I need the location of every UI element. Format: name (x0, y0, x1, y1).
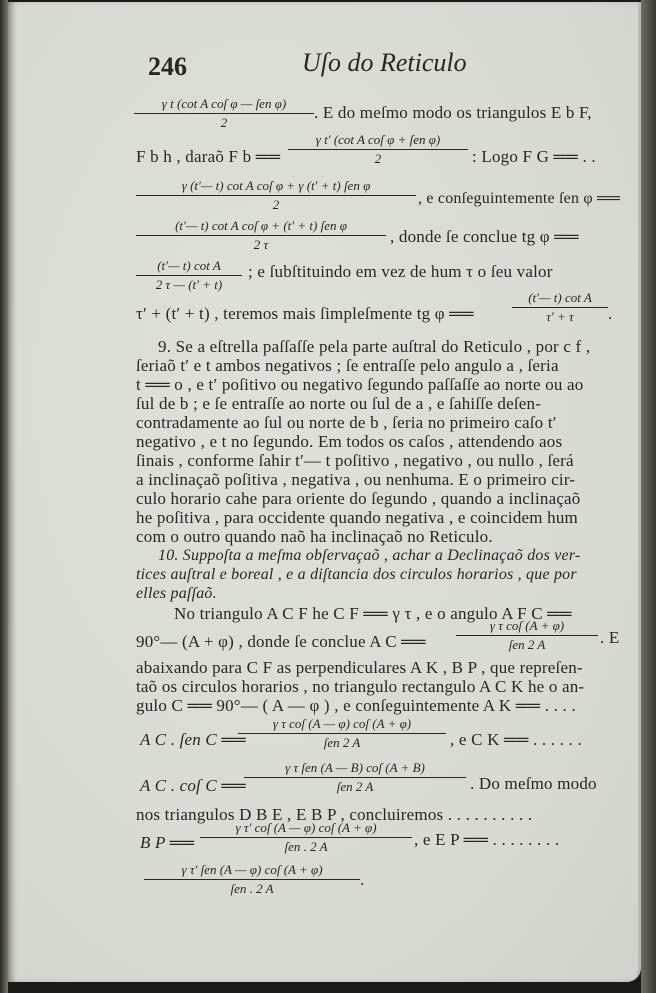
text-line: 90°— (A + φ) , donde ſe conclue A C ══ (136, 632, 426, 652)
paragraph-9-line: negativo , e t no ſegundo. Em todos os c… (136, 432, 562, 452)
text-line: B P ══ (140, 833, 194, 853)
formula-fraction: (t′— t) cot A τ′ + τ (512, 290, 608, 325)
text-line: A C . coſ C ══ (140, 776, 246, 796)
book-page-stack-edge (641, 0, 656, 993)
fraction-denominator: 2 (136, 197, 416, 213)
text-line: , e E P ══ . . . . . . . . (414, 830, 559, 850)
fraction-bar (136, 235, 386, 236)
fraction-bar (288, 149, 468, 150)
paragraph-9-line: ſul de b ; e ſe entraſſe ao norte ou ſul… (136, 394, 541, 414)
text-line: , donde ſe conclue tg φ ══ (390, 227, 579, 247)
paragraph-9-line: a inclinaçaõ poſitiva , negativa , ou ne… (136, 470, 575, 490)
fraction-numerator: γ τ coſ (A — φ) coſ (A + φ) (238, 716, 446, 732)
fraction-numerator: (t′— t) cot A (136, 258, 242, 274)
text-line: abaixando para C F as perpendiculares A … (136, 658, 583, 678)
text-line: . E (600, 628, 619, 648)
formula-fraction: γ t (cot A coſ φ — ſen φ) 2 (134, 96, 314, 131)
paragraph-9-line: contradamente ao ſul ou norte de b , ſer… (136, 413, 557, 433)
text-line: , e C K ══ . . . . . . (450, 730, 582, 750)
fraction-denominator: ſen 2 A (456, 637, 598, 653)
fraction-bar (456, 635, 598, 636)
fraction-denominator: ſen . 2 A (144, 881, 360, 897)
formula-fraction: (t′— t) cot A coſ φ + (t′ + t) ſen φ 2 τ (136, 218, 386, 253)
fraction-numerator: γ τ′ ſen (A — φ) coſ (A + φ) (144, 862, 360, 878)
fraction-bar (144, 879, 360, 880)
fraction-denominator: 2 (288, 151, 468, 167)
paragraph-10-heading-line: 10. Suppoſta a meſma obſervaçaõ , achar … (158, 547, 580, 565)
formula-fraction: γ τ′ coſ (A — φ) coſ (A + φ) ſen . 2 A (200, 820, 412, 855)
fraction-bar (200, 837, 412, 838)
fraction-numerator: γ τ coſ (A + φ) (456, 618, 598, 634)
text-line: . E do meſmo modo os triangulos E b F, (314, 103, 592, 123)
text-line: : Logo F G ══ . . (472, 147, 596, 167)
paragraph-9-line: com o outro quando naõ ha inclinaçaõ no … (136, 527, 493, 547)
formula-fraction: γ (t′— t) cot A coſ φ + γ (t′ + t) ſen φ… (136, 178, 416, 213)
fraction-denominator: 2 τ — (t′ + t) (136, 277, 242, 293)
fraction-numerator: γ τ′ coſ (A — φ) coſ (A + φ) (200, 820, 412, 836)
fraction-numerator: γ (t′— t) cot A coſ φ + γ (t′ + t) ſen φ (136, 178, 416, 194)
text-line: gulo C ══ 90°— ( A — φ ) , e conſeguinte… (136, 696, 576, 716)
paragraph-9-line: 9. Se a eſtrella paſſaſſe pela parte auſ… (158, 337, 590, 357)
text-line: , e conſeguintemente ſen φ ══ (418, 190, 620, 208)
paragraph-9-line: culo horario cahe para oriente do ſegund… (136, 489, 581, 509)
fraction-denominator: ſen . 2 A (200, 839, 412, 855)
page-number: 246 (148, 52, 187, 82)
formula-fraction: γ τ coſ (A — φ) coſ (A + φ) ſen 2 A (238, 716, 446, 751)
fraction-numerator: γ t′ (cot A coſ φ + ſen φ) (288, 132, 468, 148)
text-line: F b h , daraõ F b ══ (136, 147, 280, 167)
paragraph-9-line: he poſitiva , para occidente quando nega… (136, 508, 578, 528)
fraction-numerator: (t′— t) cot A (512, 290, 608, 306)
text-line: taõ os circulos horarios , no triangulo … (136, 677, 584, 697)
fraction-numerator: γ τ ſen (A — B) coſ (A + B) (244, 760, 466, 776)
formula-fraction: γ τ ſen (A — B) coſ (A + B) ſen 2 A (244, 760, 466, 795)
fraction-denominator: 2 (134, 115, 314, 131)
formula-fraction: γ τ coſ (A + φ) ſen 2 A (456, 618, 598, 653)
paragraph-9-line: ſeriaõ t′ e t ambos negativos ; ſe entra… (136, 356, 559, 376)
fraction-numerator: γ t (cot A coſ φ — ſen φ) (134, 96, 314, 112)
fraction-denominator: ſen 2 A (244, 779, 466, 795)
fraction-numerator: (t′— t) cot A coſ φ + (t′ + t) ſen φ (136, 218, 386, 234)
fraction-denominator: 2 τ (136, 237, 386, 253)
fraction-bar (136, 275, 242, 276)
paragraph-9-line: t ══ o , e t′ poſitivo ou negativo ſegun… (136, 375, 584, 395)
text-line: ; e ſubſtituindo em vez de hum τ o ſeu v… (248, 262, 553, 282)
book-binding-edge (0, 0, 8, 993)
fraction-bar (134, 113, 314, 114)
paragraph-10-heading-line: tices auſtral e boreal , e a diſtancia d… (136, 566, 577, 584)
running-title: Uſo do Reticulo (302, 48, 467, 78)
paragraph-10-heading-line: elles paſſaõ. (136, 585, 217, 603)
fraction-bar (238, 733, 446, 734)
fraction-bar (244, 777, 466, 778)
formula-fraction: (t′— t) cot A 2 τ — (t′ + t) (136, 258, 242, 293)
formula-fraction: γ τ′ ſen (A — φ) coſ (A + φ) ſen . 2 A (144, 862, 360, 897)
text-line: . (608, 304, 612, 324)
fraction-bar (136, 195, 416, 196)
fraction-bar (512, 307, 608, 308)
fraction-denominator: τ′ + τ (512, 309, 608, 325)
text-line: A C . ſen C ══ (140, 730, 246, 750)
fraction-denominator: ſen 2 A (238, 735, 446, 751)
text-line: τ′ + (t′ + t) , teremos mais ſimpleſment… (136, 304, 474, 324)
formula-fraction: γ t′ (cot A coſ φ + ſen φ) 2 (288, 132, 468, 167)
text-line: . (360, 870, 364, 890)
paragraph-9-line: ſinais , conforme ſahir t′— t poſitivo ,… (136, 451, 574, 471)
text-line: . Do meſmo modo (470, 774, 597, 794)
